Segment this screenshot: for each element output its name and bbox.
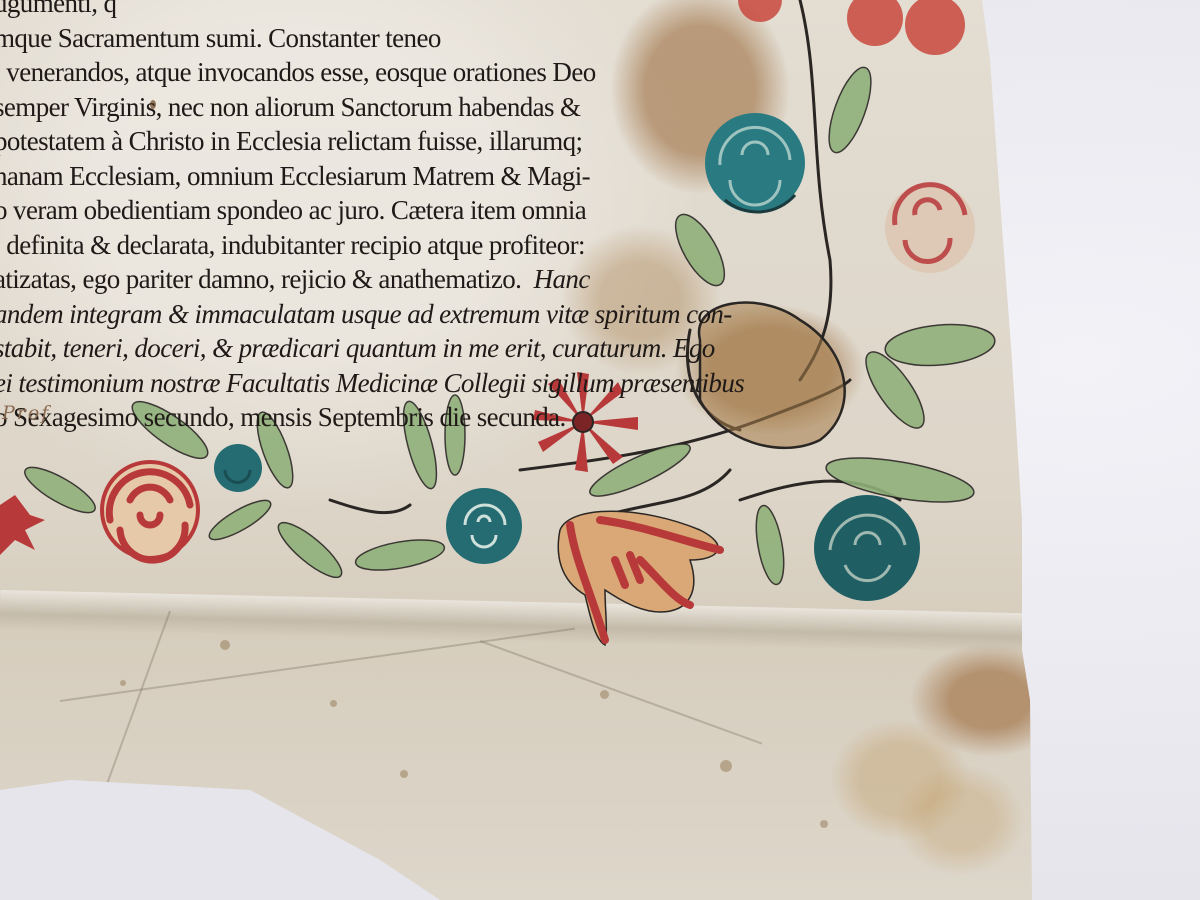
text-line: potestatem à Christo in Ecclesia relicta… (0, 124, 644, 159)
text-line: nanam Ecclesiam, omnium Ecclesiarum Matr… (0, 159, 644, 194)
text-line: , venerandos, atque invocandos esse, eos… (0, 55, 644, 90)
text-line: ugumenti, q (0, 0, 644, 21)
text-line: stabit, teneri, doceri, & prædicari quan… (0, 331, 644, 366)
handwritten-signature: Prof (2, 402, 50, 424)
text-line: andem integram & immaculatam usque ad ex… (0, 297, 644, 332)
teal-rose-small (214, 444, 262, 492)
text-line: o veram obedientiam spondeo ac juro. Cæt… (0, 193, 644, 228)
text-line: semper Virginis, nec non aliorum Sanctor… (0, 90, 644, 125)
text-line-with-tail: atizatas, ego pariter damno, rejicio & a… (0, 262, 644, 297)
red-star-left (0, 495, 45, 555)
teal-rose-middle (446, 488, 522, 564)
red-tulip (558, 511, 720, 645)
red-rose-left (102, 462, 198, 560)
red-flowers-top (738, 0, 965, 55)
text-line: atizatas, ego pariter damno, rejicio & a… (0, 264, 521, 294)
text-line: , definita & declarata, indubitanter rec… (0, 228, 644, 263)
text-line: o Sexagesimo secundo, mensis Septembris … (0, 400, 644, 435)
text-line: mque Sacramentum sumi. Constanter teneo (0, 21, 644, 56)
teal-rose-upper (705, 113, 805, 213)
teal-rose-right (814, 495, 920, 601)
printed-text-block: ugumenti, q mque Sacramentum sumi. Const… (0, 0, 644, 435)
italic-word: Hanc (534, 264, 590, 294)
text-line: ei testimonium nostræ Facultatis Medicin… (0, 366, 644, 401)
red-rose-bud (885, 183, 975, 273)
